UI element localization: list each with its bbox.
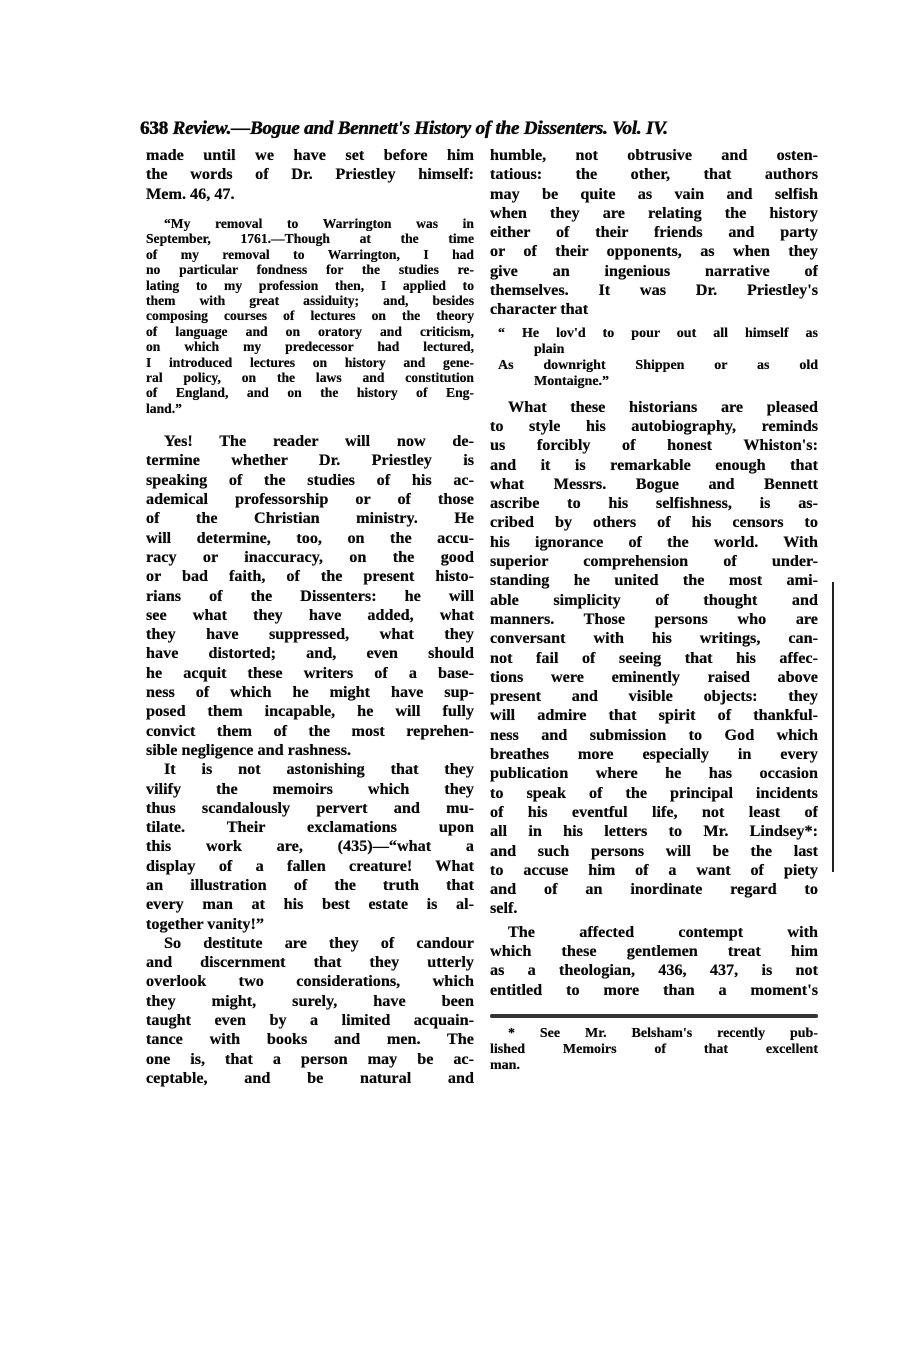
text-line: superior comprehension of under-	[490, 552, 818, 571]
footnote-rule	[490, 1014, 818, 1018]
text-line: to accuse him of a want of piety	[490, 861, 818, 880]
text-line: ness and submission to God which	[490, 726, 818, 745]
text-line: lished Memoirs of that excellent	[490, 1042, 818, 1058]
text-line: an illustration of the truth that	[146, 876, 474, 895]
text-line: convict them of the most reprehen-	[146, 722, 474, 741]
text-line: them with great assiduity; and, besides	[146, 293, 474, 308]
text-line: Mem. 46, 47.	[146, 185, 474, 204]
text-line: overlook two considerations, which	[146, 972, 474, 991]
text-line: of his eventful life, not least of	[490, 803, 818, 822]
text-line: The affected contempt with	[490, 923, 818, 942]
text-line: he acquit these writers of a base-	[146, 664, 474, 683]
text-line: September, 1761.—Though at the time	[146, 231, 474, 246]
text-line: and discernment that they utterly	[146, 953, 474, 972]
text-line: will determine, too, on the accu-	[146, 529, 474, 548]
text-line: manners. Those persons who are	[490, 610, 818, 629]
text-line: composing courses of lectures on the the…	[146, 308, 474, 323]
text-line: on which my predecessor had lectured,	[146, 339, 474, 354]
text-line: no particular fondness for the studies r…	[146, 262, 474, 277]
text-line: ademical professorship or of those	[146, 490, 474, 509]
text-line: “My removal to Warrington was in	[146, 216, 474, 231]
text-line: of language and on oratory and criticism…	[146, 324, 474, 339]
text-line: man.	[490, 1058, 818, 1074]
scanned-page: 638 Review.—Bogue and Bennett's History …	[0, 0, 924, 1359]
text-line: tatious: the other, that authors	[490, 165, 818, 184]
text-line: standing he united the most ami-	[490, 571, 818, 590]
text-line: themselves. It was Dr. Priestley's	[490, 281, 818, 300]
footnote: * See Mr. Belsham's recently pub-lished …	[490, 1026, 818, 1074]
paragraph-affected-contempt: The affected contempt withwhich these ge…	[490, 923, 818, 1000]
text-line: of my removal to Warrington, I had	[146, 247, 474, 262]
text-line: one is, that a person may be ac-	[146, 1050, 474, 1069]
text-line: and such persons will be the last	[490, 842, 818, 861]
text-line: Montaigne.”	[498, 374, 818, 390]
paragraph-not-astonishing: It is not astonishing that theyvilify th…	[146, 760, 474, 934]
text-line: what Messrs. Bogue and Bennett	[490, 475, 818, 494]
text-line: or bad faith, of the present histo-	[146, 567, 474, 586]
text-line: breathes more especially in every	[490, 745, 818, 764]
text-line: all in his letters to Mr. Lindsey*:	[490, 822, 818, 841]
text-line: as a theologian, 436, 437, is not	[490, 961, 818, 980]
text-line: What these historians are pleased	[490, 398, 818, 417]
text-line: lating to my profession then, I applied …	[146, 278, 474, 293]
running-head: 638 Review.—Bogue and Bennett's History …	[140, 118, 828, 140]
text-line: every man at his best estate is al-	[146, 895, 474, 914]
text-line: have distorted; and, even should	[146, 644, 474, 663]
text-line: thus scandalously pervert and mu-	[146, 799, 474, 818]
text-line: tions were eminently raised above	[490, 668, 818, 687]
text-line: vilify the memoirs which they	[146, 780, 474, 799]
text-line: So destitute are they of candour	[146, 934, 474, 953]
left-column: made until we have set before himthe wor…	[146, 146, 474, 1088]
text-line: character that	[490, 300, 818, 319]
text-line: not fail of seeing that his affec-	[490, 649, 818, 668]
text-line: racy or inaccuracy, on the good	[146, 548, 474, 567]
text-line: to style his autobiography, reminds	[490, 417, 818, 436]
text-line: It is not astonishing that they	[146, 760, 474, 779]
text-line: ascribe to his selfishness, is as-	[490, 494, 818, 513]
text-line: ceptable, and be natural and	[146, 1069, 474, 1088]
text-line: I introduced lectures on history and gen…	[146, 355, 474, 370]
text-line: see what they have added, what	[146, 606, 474, 625]
text-line: or of their opponents, as when they	[490, 242, 818, 261]
text-line: able simplicity of thought and	[490, 591, 818, 610]
text-line: sible negligence and rashness.	[146, 741, 474, 760]
text-line: made until we have set before him	[146, 146, 474, 165]
text-line: either of their friends and party	[490, 223, 818, 242]
text-line: which these gentlemen treat him	[490, 942, 818, 961]
text-line: rians of the Dissenters: he will	[146, 587, 474, 606]
text-line: to speak of the principal incidents	[490, 784, 818, 803]
text-line: ral policy, on the laws and constitution	[146, 370, 474, 385]
text-line: they might, surely, have been	[146, 992, 474, 1011]
right-column: humble, not obtrusive and osten-tatious:…	[490, 146, 818, 1074]
paragraph-yes-the-reader: Yes! The reader will now de-termine whet…	[146, 432, 474, 760]
text-line: conversant with his writings, can-	[490, 629, 818, 648]
text-line: taught even by a limited acquain-	[146, 1011, 474, 1030]
text-line: they have suppressed, what they	[146, 625, 474, 644]
text-line: plain	[498, 342, 818, 358]
verse-quote: “ He lov'd to pour out all himself aspla…	[498, 326, 818, 390]
block-quote-memoirs: “My removal to Warrington was inSeptembe…	[146, 216, 474, 416]
text-line: termine whether Dr. Priestley is	[146, 451, 474, 470]
text-line: “ He lov'd to pour out all himself as	[498, 326, 818, 342]
text-line: and of an inordinate regard to	[490, 880, 818, 899]
text-line: humble, not obtrusive and osten-	[490, 146, 818, 165]
text-line: ness of which he might have sup-	[146, 683, 474, 702]
paragraph-destitute-of-candour: So destitute are they of candourand disc…	[146, 934, 474, 1088]
text-line: tilate. Their exclamations upon	[146, 818, 474, 837]
text-line: together vanity!”	[146, 915, 474, 934]
text-line: tance with books and men. The	[146, 1030, 474, 1049]
page-number: 638	[140, 118, 168, 139]
text-line: of the Christian ministry. He	[146, 509, 474, 528]
text-line: the words of Dr. Priestley himself:	[146, 165, 474, 184]
text-line: of England, and on the history of Eng-	[146, 385, 474, 400]
page-edge-line	[832, 582, 834, 872]
text-line: us forcibly of honest Whiston's:	[490, 436, 818, 455]
running-head-title: Review.—Bogue and Bennett's History of t…	[172, 118, 667, 139]
text-line: speaking of the studies of his ac-	[146, 471, 474, 490]
text-line: may be quite as vain and selfish	[490, 185, 818, 204]
text-line: As downright Shippen or as old	[498, 358, 818, 374]
text-line: present and visible objects: they	[490, 687, 818, 706]
text-line: when they are relating the history	[490, 204, 818, 223]
right-opening-text: humble, not obtrusive and osten-tatious:…	[490, 146, 818, 320]
text-line: publication where he has occasion	[490, 764, 818, 783]
paragraph-these-historians: What these historians are pleasedto styl…	[490, 398, 818, 919]
text-line: posed them incapable, he will fully	[146, 702, 474, 721]
text-line: will admire that spirit of thankful-	[490, 706, 818, 725]
left-opening-text: made until we have set before himthe wor…	[146, 146, 474, 204]
text-line: his ignorance of the world. With	[490, 533, 818, 552]
text-line: Yes! The reader will now de-	[146, 432, 474, 451]
text-line: * See Mr. Belsham's recently pub-	[490, 1026, 818, 1042]
text-line: this work are, (435)—“what a	[146, 837, 474, 856]
text-line: display of a fallen creature! What	[146, 857, 474, 876]
text-line: self.	[490, 899, 818, 918]
text-line: entitled to more than a moment's	[490, 981, 818, 1000]
text-line: land.”	[146, 401, 474, 416]
text-line: give an ingenious narrative of	[490, 262, 818, 281]
text-line: and it is remarkable enough that	[490, 456, 818, 475]
text-line: cribed by others of his censors to	[490, 513, 818, 532]
